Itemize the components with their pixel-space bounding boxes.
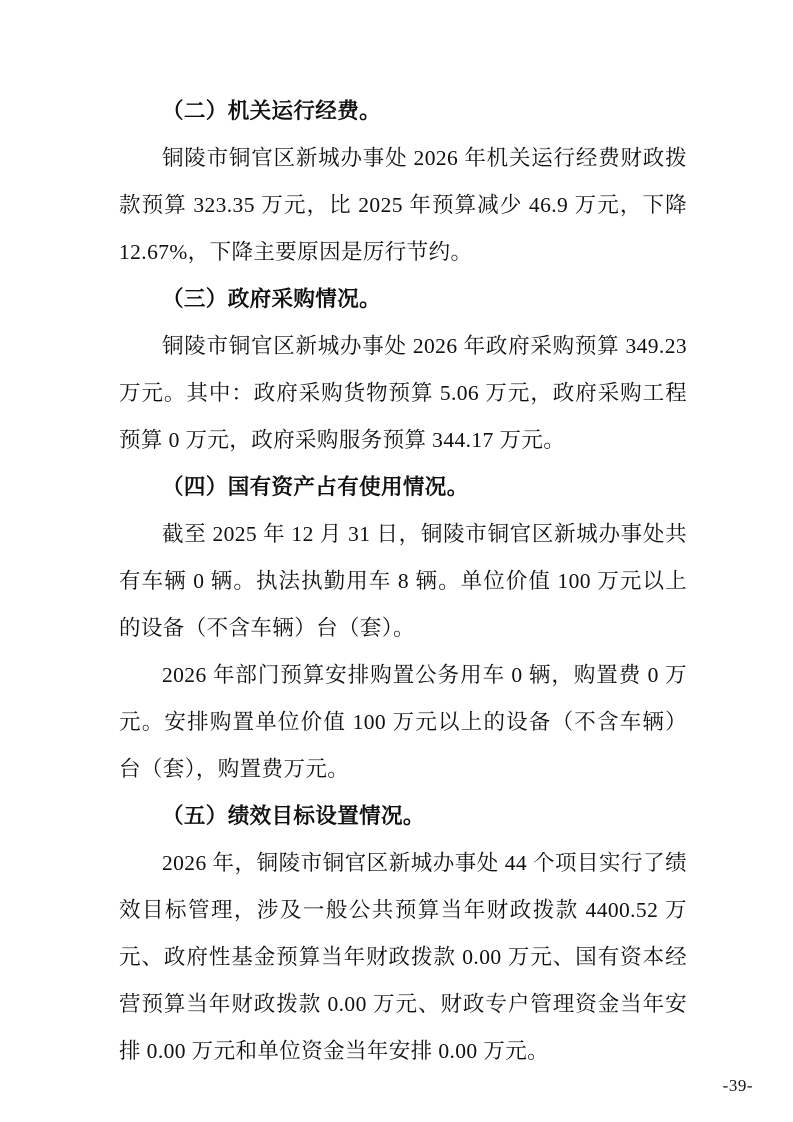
- document-content: （二）机关运行经费。 铜陵市铜官区新城办事处 2026 年机关运行经费财政拨款预…: [119, 88, 687, 1075]
- section-heading-performance-targets: （五）绩效目标设置情况。: [119, 793, 687, 840]
- paragraph-government-procurement: 铜陵市铜官区新城办事处 2026 年政府采购预算 349.23 万元。其中：政府…: [119, 323, 687, 464]
- paragraph-state-assets-purchases: 2026 年部门预算安排购置公务用车 0 辆，购置费 0 万元。安排购置单位价值…: [119, 652, 687, 793]
- paragraph-performance-targets: 2026 年，铜陵市铜官区新城办事处 44 个项目实行了绩效目标管理，涉及一般公…: [119, 840, 687, 1075]
- section-heading-state-assets: （四）国有资产占有使用情况。: [119, 464, 687, 511]
- document-page: （二）机关运行经费。 铜陵市铜官区新城办事处 2026 年机关运行经费财政拨款预…: [0, 0, 793, 1122]
- paragraph-state-assets-vehicles: 截至 2025 年 12 月 31 日，铜陵市铜官区新城办事处共有车辆 0 辆。…: [119, 511, 687, 652]
- page-number: -39-: [723, 1076, 753, 1096]
- section-heading-government-procurement: （三）政府采购情况。: [119, 276, 687, 323]
- paragraph-office-operating-funds: 铜陵市铜官区新城办事处 2026 年机关运行经费财政拨款预算 323.35 万元…: [119, 135, 687, 276]
- section-heading-office-operating-funds: （二）机关运行经费。: [119, 88, 687, 135]
